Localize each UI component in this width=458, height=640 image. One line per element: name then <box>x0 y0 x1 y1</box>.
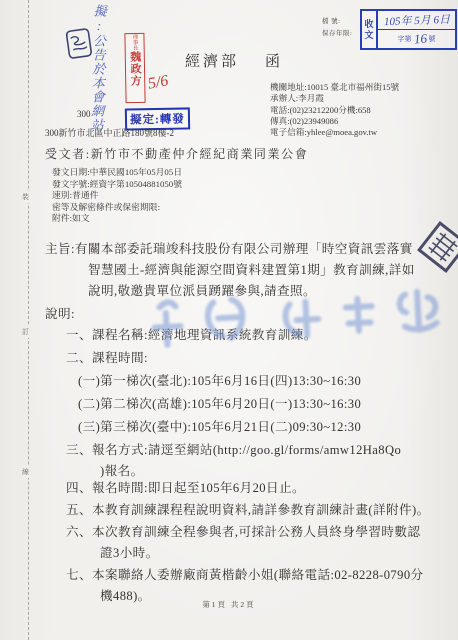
sender-address: 機關地址:10015 臺北市福州街15號 <box>270 82 399 93</box>
explanation-item-7: 七、本案聯絡人委辦廠商黃楷齡小姐(聯絡電話:02-8228-0790分 <box>66 564 424 583</box>
explanation-item-6: 六、本次教育訓練全程參與者,可採計公務人員終身學習時數認 <box>66 521 420 540</box>
archive-number-label: 檔 號: <box>322 16 340 25</box>
session-2-kaohsiung: (二)第二梯次(高雄):105年6月20日(一)13:30~16:30 <box>78 393 361 412</box>
letter-title: 經濟部 函 <box>185 50 283 71</box>
meta-attachment: 附件:如文 <box>52 211 90 224</box>
sender-email: 電子信箱:yhlee@moea.gov.tw <box>270 127 399 138</box>
received-stamp-side-label: 收文 <box>362 11 378 48</box>
subject-line-1: 主旨:有關本部委託瑞竣科技股份有限公司辦理「時空資訊雲落實 <box>45 238 413 257</box>
scanned-official-letter: 裝 訂 線 檔 號: 保存年限: 收文 105年 5月 6日 字第 16 號 擬… <box>0 0 458 640</box>
letter-title-org: 經濟部 <box>185 50 239 71</box>
sender-phone: 電話:(02)23212200分機:658 <box>270 105 399 116</box>
received-date-handwritten: 105年 5月 6日 <box>383 11 450 29</box>
session-1-taipei: (一)第一梯次(臺北):105年6月16日(四)13:30~16:30 <box>78 370 361 389</box>
explanation-item-3: 三、報名方式:請逕至網站(http://goo.gl/forms/amw12Ha… <box>66 439 401 458</box>
sender-info-block: 機關地址:10015 臺北市福州街15號 承辦人:李月霞 電話:(02)2321… <box>270 82 399 138</box>
received-number-suffix: 號 <box>429 34 436 44</box>
binding-mark-xian: 線 <box>22 466 29 478</box>
recipient-zip: 300 <box>77 109 91 119</box>
handwritten-date: 5/6 <box>147 72 170 93</box>
chairman-name-stamp: 理事長 魏政方 <box>124 33 145 103</box>
received-number-prefix: 字第 <box>398 34 412 44</box>
received-stamp-box: 收文 105年 5月 6日 字第 16 號 <box>360 9 457 50</box>
explanation-item-5: 五、本教育訓練課程程說明資料,請詳參教育訓練計畫(詳附件)。 <box>66 499 430 518</box>
faint-blue-receiving-stamp <box>146 268 451 358</box>
page-footer: 第1頁 共2頁 <box>0 599 458 610</box>
chairman-stamp-name: 魏政方 <box>127 50 144 86</box>
handwritten-note-vertical: 擬:公告於本會網站 <box>86 4 109 164</box>
explanation-item-6-cont: 證3小時。 <box>100 542 159 561</box>
explanation-label: 說明: <box>45 303 75 322</box>
recipient-line: 受文者:新竹市不動產仲介經紀商業同業公會 <box>45 145 308 162</box>
chairman-stamp-title: 理事長 <box>130 34 138 51</box>
sender-contact-person: 承辦人:李月霞 <box>270 93 399 104</box>
letter-title-doctype: 函 <box>265 50 283 71</box>
binding-mark-ding: 訂 <box>22 326 29 338</box>
session-3-taichung: (三)第三梯次(臺中):105年6月21日(二)09:30~12:30 <box>78 416 361 435</box>
retention-period-label: 保存年限: <box>322 28 352 37</box>
explanation-item-2: 二、課程時間: <box>66 347 148 366</box>
sender-fax: 傳真:(02)23949086 <box>270 116 399 127</box>
recipient-address: 300新竹市北區中正路180號8樓-2 <box>45 126 174 139</box>
binding-mark-zhuang: 裝 <box>22 191 29 203</box>
binding-dashed-line <box>28 0 29 640</box>
explanation-item-4: 四、報名時間:即日起至105年6月20日止。 <box>66 477 305 496</box>
received-number-handwritten: 16 <box>413 31 427 48</box>
dark-rotated-seal <box>416 220 458 273</box>
